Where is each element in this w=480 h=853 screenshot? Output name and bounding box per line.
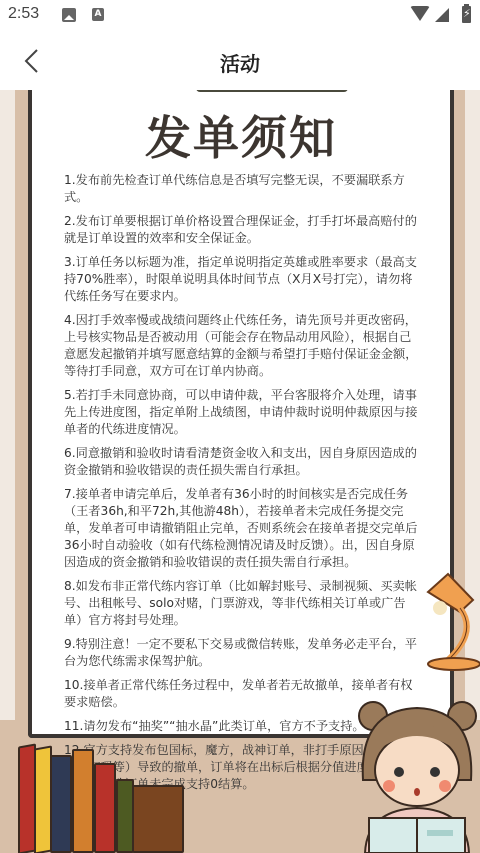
image-icon <box>62 8 76 22</box>
notice-item: 4.因打手效率慢或战绩问题终止代练任务，请先顶号并更改密码，上号核实物品是否被动… <box>64 312 419 380</box>
battery-charging-icon: ⚡ <box>462 6 471 23</box>
status-time: 2:53 <box>8 5 39 23</box>
book-orange <box>72 749 94 853</box>
book-red-2 <box>94 763 116 853</box>
book-brown <box>132 785 184 853</box>
books-illustration <box>16 710 186 853</box>
notice-item: 7.接单者申请完单后，发单者有36小时的时间核实是否完成任务（王者36h,和平7… <box>64 486 419 571</box>
notice-item: 6.同意撤销和验收时请看清楚资金收入和支出，因自身原因造成的资金撤销和验收错误的… <box>64 445 419 479</box>
notice-item: 1.发布前先检查订单代练信息是否填写完整无误，不要漏联系方式。 <box>64 172 419 206</box>
notice-item: 3.订单任务以标题为准，指定单说明指定英雄或胜率要求（最高支持70%胜率），时限… <box>64 254 419 305</box>
nav-bar: 活动 <box>0 32 480 90</box>
notice-item: 5.若打手未同意协商，可以申请仲裁，平台客服将介入处理，请事先上传进度图，指定单… <box>64 387 419 438</box>
notice-heading: 发单须知 <box>32 102 450 168</box>
cell-signal-icon <box>435 8 449 22</box>
board-top-bar <box>196 90 348 92</box>
book-navy <box>50 755 72 853</box>
girl-reading-illustration <box>355 690 480 853</box>
font-a-icon: A <box>92 8 104 21</box>
desk-lamp-illustration <box>418 572 480 672</box>
status-bar: 2:53 A ⚡ <box>0 0 480 32</box>
notice-board: 发单须知 1.发布前先检查订单代练信息是否填写完整无误，不要漏联系方式。 2.发… <box>28 90 454 738</box>
notice-item: 2.发布订单要根据订单价格设置合理保证金，打手打坏最高赔付的就是订单设置的效率和… <box>64 213 419 247</box>
battery-bolt: ⚡ <box>463 7 471 21</box>
wifi-icon <box>410 6 430 21</box>
activity-content[interactable]: 发单须知 1.发布前先检查订单代练信息是否填写完整无误，不要漏联系方式。 2.发… <box>0 90 480 853</box>
page-title: 活动 <box>0 48 480 77</box>
notice-item: 8.如发布非正常代练内容订单（比如解封账号、录制视频、买卖帐号、出租帐号、sol… <box>64 578 419 629</box>
notice-item: 9.特别注意！一定不要私下交易或微信转账，发单务必走平台，平台为您代练需求保驾护… <box>64 636 419 670</box>
